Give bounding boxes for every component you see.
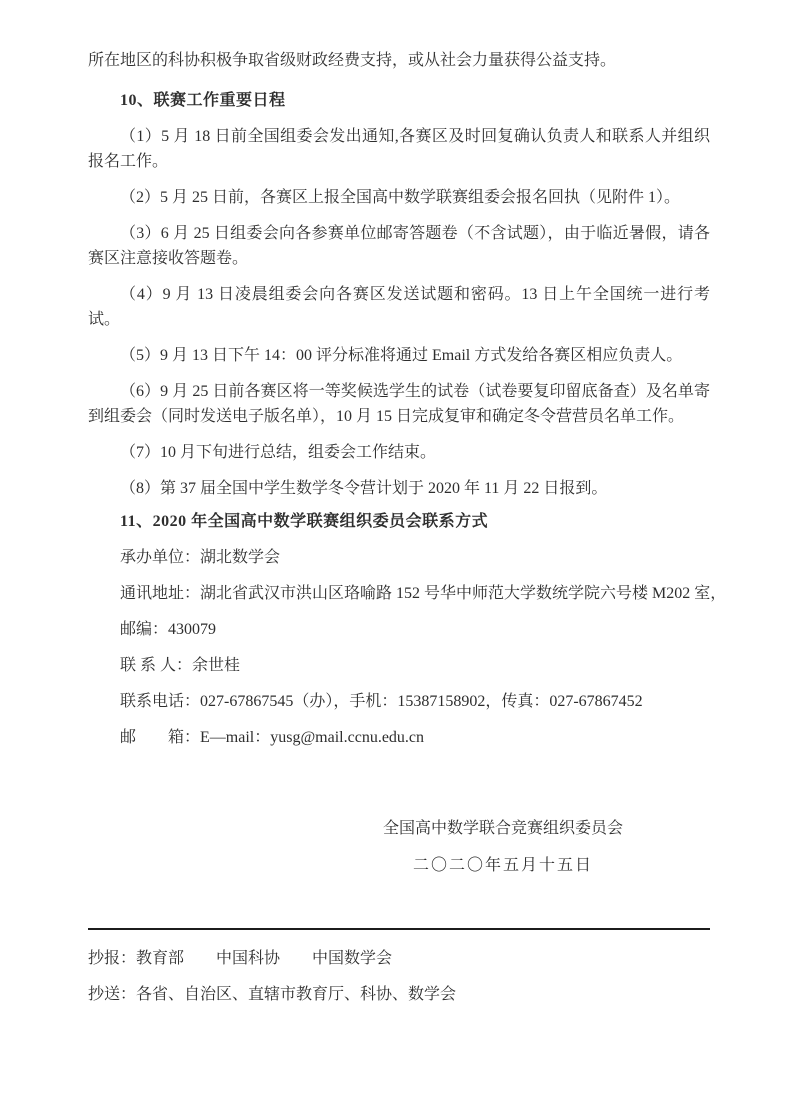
- contact-email: 邮 箱：E—mail：yusg@mail.ccnu.edu.cn: [88, 725, 710, 750]
- contact-postcode: 邮编：430079: [88, 617, 710, 642]
- contact-address: 通讯地址：湖北省武汉市洪山区珞喻路 152 号华中师范大学数统学院六号楼 M20…: [88, 581, 710, 606]
- copy-send-line: 抄送：各省、自治区、直辖市教育厅、科协、数学会: [88, 982, 710, 1007]
- copy-report-line: 抄报：教育部 中国科协 中国数学会: [88, 946, 710, 971]
- schedule-item-6: （6）9 月 25 日前各赛区将一等奖候选学生的试卷（试卷要复印留底备查）及名单…: [88, 379, 710, 429]
- schedule-item-3: （3）6 月 25 日组委会向各参赛单位邮寄答题卷（不含试题），由于临近暑假，请…: [88, 221, 710, 271]
- contact-phone: 联系电话：027-67867545（办），手机：15387158902，传真：0…: [88, 689, 710, 714]
- schedule-item-8: （8）第 37 届全国中学生数学冬令营计划于 2020 年 11 月 22 日报…: [88, 476, 710, 501]
- footer-divider: [88, 928, 710, 930]
- schedule-item-2: （2）5 月 25 日前，各赛区上报全国高中数学联赛组委会报名回执（见附件 1）…: [88, 185, 710, 210]
- schedule-item-5: （5）9 月 13 日下午 14：00 评分标准将通过 Email 方式发给各赛…: [88, 343, 710, 368]
- schedule-item-1: （1）5 月 18 日前全国组委会发出通知,各赛区及时回复确认负责人和联系人并组…: [88, 124, 710, 174]
- schedule-item-4: （4）9 月 13 日凌晨组委会向各赛区发送试题和密码。13 日上午全国统一进行…: [88, 282, 710, 332]
- contact-host-unit: 承办单位：湖北数学会: [88, 545, 710, 570]
- document-page: 所在地区的科协积极争取省级财政经费支持，或从社会力量获得公益支持。 10、联赛工…: [0, 0, 796, 1097]
- signature-organization: 全国高中数学联合竞赛组织委员会: [338, 816, 668, 841]
- document-content: 所在地区的科协积极争取省级财政经费支持，或从社会力量获得公益支持。 10、联赛工…: [0, 0, 796, 1007]
- section-11-heading: 11、2020 年全国高中数学联赛组织委员会联系方式: [88, 509, 710, 534]
- signature-date: 二〇二〇年五月十五日: [338, 853, 668, 878]
- contact-person: 联 系 人：余世桂: [88, 653, 710, 678]
- intro-continuation-line: 所在地区的科协积极争取省级财政经费支持，或从社会力量获得公益支持。: [88, 48, 710, 73]
- schedule-item-7: （7）10 月下旬进行总结，组委会工作结束。: [88, 440, 710, 465]
- signature-block: 全国高中数学联合竞赛组织委员会 二〇二〇年五月十五日: [338, 816, 668, 878]
- section-10-heading: 10、联赛工作重要日程: [88, 88, 710, 113]
